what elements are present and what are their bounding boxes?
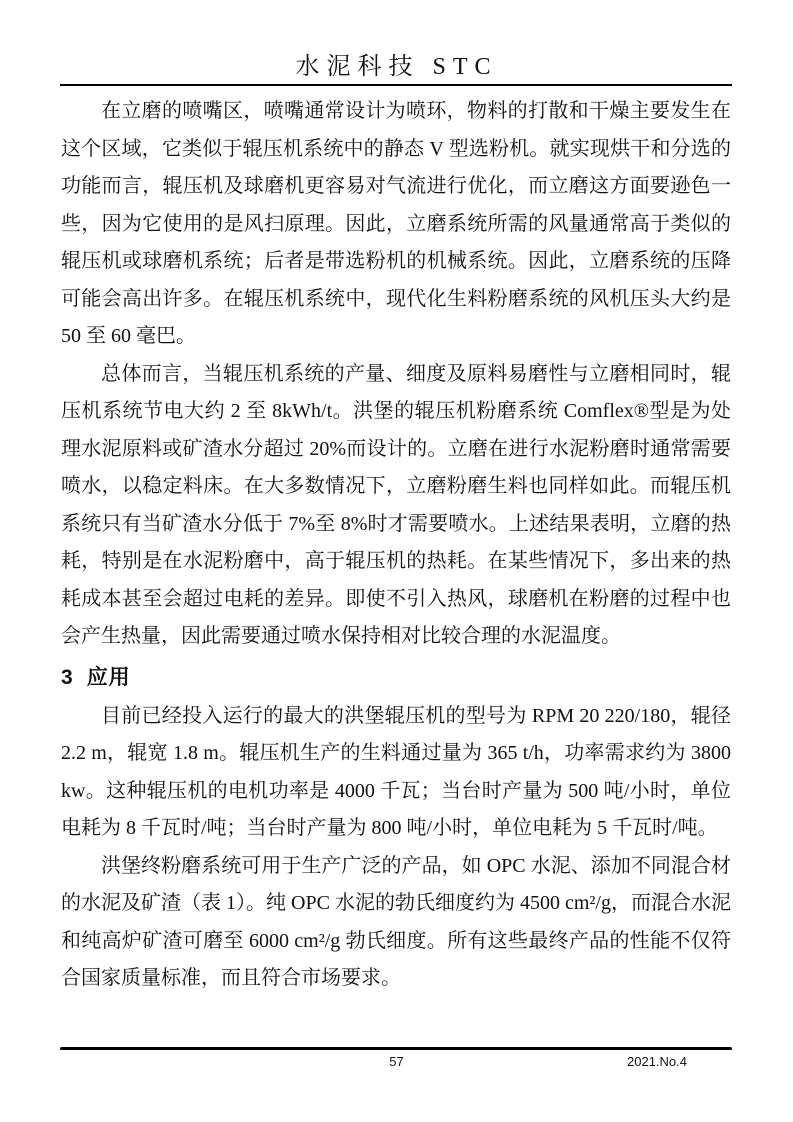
issue-label: 2021.No.4 xyxy=(627,1054,687,1069)
journal-title: 水泥科技 STC xyxy=(0,46,793,81)
page-body: 在立磨的喷嘴区，喷嘴通常设计为喷环，物料的打散和干燥主要发生在这个区域，它类似于… xyxy=(61,93,731,998)
body-paragraph: 在立磨的喷嘴区，喷嘴通常设计为喷环，物料的打散和干燥主要发生在这个区域，它类似于… xyxy=(61,93,731,356)
section-title: 应用 xyxy=(87,666,131,689)
document-page: 水泥科技 STC 在立磨的喷嘴区，喷嘴通常设计为喷环，物料的打散和干燥主要发生在… xyxy=(0,0,793,1122)
body-paragraph: 总体而言，当辊压机系统的产量、细度及原料易磨性与立磨相同时，辊压机系统节电大约 … xyxy=(61,356,731,656)
section-number: 3 xyxy=(61,666,73,689)
section-heading: 3应用 xyxy=(61,663,731,693)
body-paragraph: 目前已经投入运行的最大的洪堡辊压机的型号为 RPM 20 220/180，辊径 … xyxy=(61,698,731,848)
header-divider xyxy=(60,84,732,86)
body-paragraph: 洪堡终粉磨系统可用于生产广泛的产品，如 OPC 水泥、添加不同混合材的水泥及矿渣… xyxy=(61,848,731,998)
footer-divider xyxy=(60,1047,732,1050)
